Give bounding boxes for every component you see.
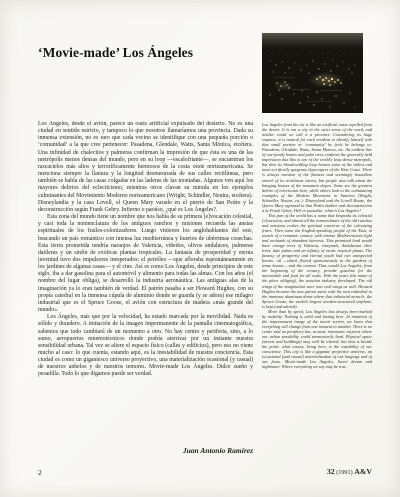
la-night-aerial-photo: [262, 33, 363, 113]
spanish-paragraph: Los Ángeles, desde el avión, parece un o…: [38, 121, 253, 214]
side-text-english: Los Angeles from the air is like an arti…: [262, 122, 372, 434]
night-cityscape-graphic: [262, 33, 363, 113]
spanish-paragraph: Esta zona del mundo tiene un nombre que …: [38, 214, 253, 314]
spanish-paragraph: Los Ángeles, más que por la velocidad, h…: [38, 314, 253, 378]
magazine-logo: A&V: [354, 467, 372, 476]
article-title: ‘Movie-made’ Los Ángeles: [38, 45, 258, 61]
issue-number: 32: [327, 467, 335, 476]
english-paragraph: More than by speed, Los Angeles has alwa…: [262, 309, 372, 370]
author-byline: Juan Antonio Ramírez: [38, 446, 253, 455]
english-paragraph: Los Angeles from the air is like an arti…: [262, 122, 372, 213]
issue-footer: 32 (1991) A&V: [327, 467, 372, 476]
issue-year: (1991): [336, 469, 353, 476]
page-number: 2: [38, 468, 42, 477]
english-paragraph: This part of the world has a name that b…: [262, 213, 372, 309]
main-text-spanish: Los Ángeles, desde el avión, parece un o…: [38, 121, 253, 445]
magazine-page: ‘Movie-made’ Los Ángeles: [0, 0, 400, 497]
